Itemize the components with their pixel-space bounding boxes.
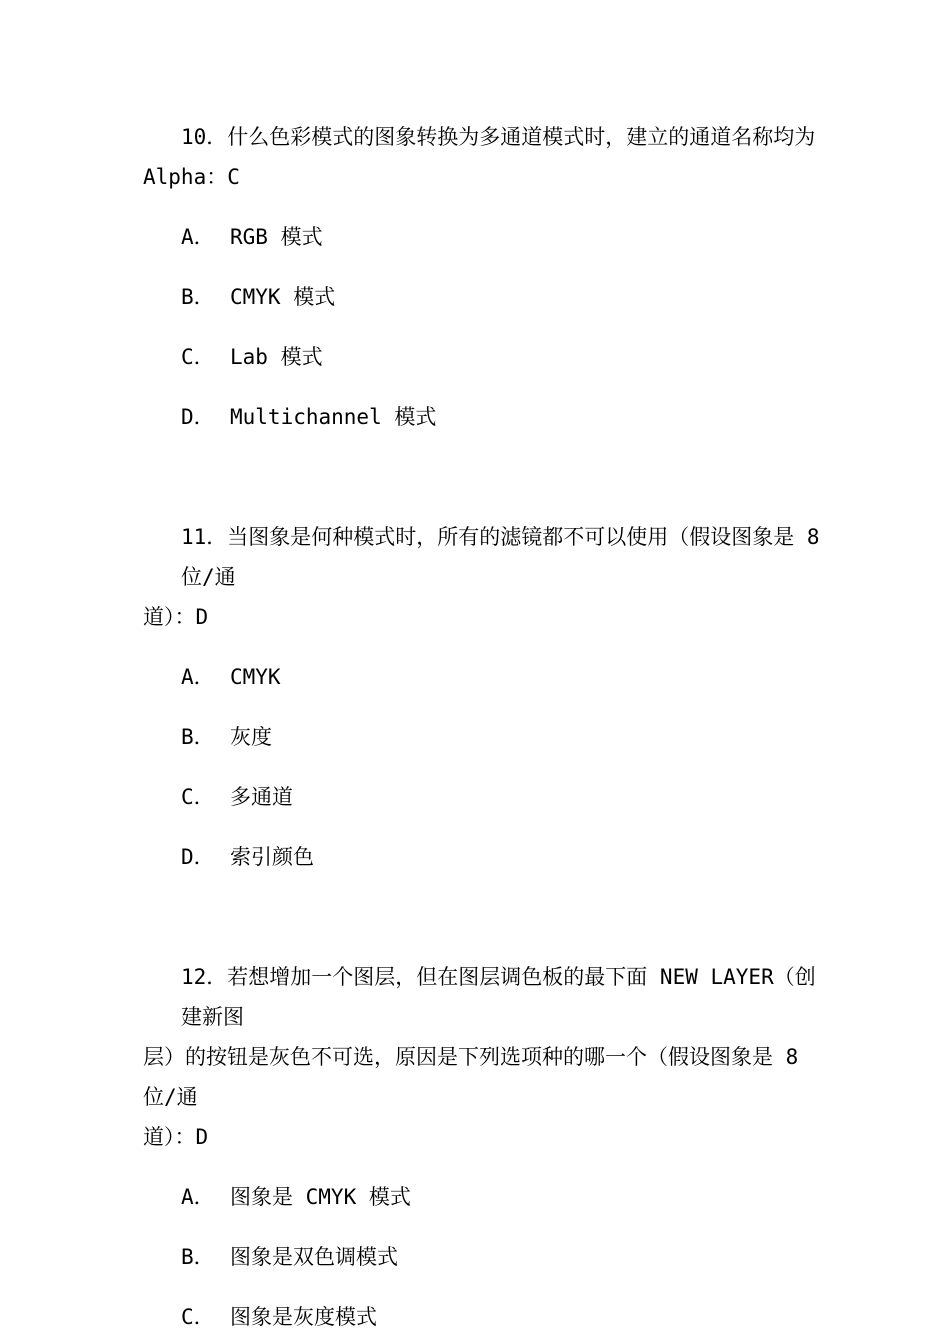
question-12-line-2: 层）的按钮是灰色不可选，原因是下列选项种的哪一个（假设图象是 8 位/通: [143, 1037, 832, 1117]
question-10: 10．什么色彩模式的图象转换为多通道模式时，建立的通道名称均为 Alpha：C …: [143, 117, 832, 437]
option-text: 图象是灰度模式: [230, 1305, 377, 1329]
question-10-option-d: D．Multichannel 模式: [143, 397, 832, 437]
option-text: CMYK: [230, 665, 281, 689]
question-12: 12．若想增加一个图层，但在图层调色板的最下面 NEW LAYER（创建新图 层…: [143, 957, 832, 1337]
option-text: 图象是双色调模式: [230, 1245, 398, 1269]
question-11-option-a: A．CMYK: [143, 657, 832, 697]
document-page: 10．什么色彩模式的图象转换为多通道模式时，建立的通道名称均为 Alpha：C …: [0, 0, 950, 1344]
option-letter: C．: [181, 777, 230, 817]
question-10-option-a: A．RGB 模式: [143, 217, 832, 257]
question-12-line-1: 12．若想增加一个图层，但在图层调色板的最下面 NEW LAYER（创建新图: [143, 957, 832, 1037]
question-11-option-d: D．索引颜色: [143, 837, 832, 877]
option-letter: B．: [181, 1237, 230, 1277]
question-12-line-3: 道）：D: [143, 1117, 832, 1157]
option-text: 多通道: [230, 785, 293, 809]
option-letter: D．: [181, 397, 230, 437]
option-text: 灰度: [230, 725, 272, 749]
option-letter: A．: [181, 217, 230, 257]
option-text: 图象是 CMYK 模式: [230, 1185, 411, 1209]
question-10-option-c: C．Lab 模式: [143, 337, 832, 377]
option-letter: C．: [181, 337, 230, 377]
question-10-option-b: B．CMYK 模式: [143, 277, 832, 317]
question-11-option-c: C．多通道: [143, 777, 832, 817]
question-11: 11．当图象是何种模式时，所有的滤镜都不可以使用（假设图象是 8 位/通 道）：…: [143, 517, 832, 877]
question-12-option-c: C．图象是灰度模式: [143, 1297, 832, 1337]
question-11-line-1: 11．当图象是何种模式时，所有的滤镜都不可以使用（假设图象是 8 位/通: [143, 517, 832, 597]
option-letter: B．: [181, 717, 230, 757]
question-10-line-1: 10．什么色彩模式的图象转换为多通道模式时，建立的通道名称均为: [143, 117, 832, 157]
option-text: 索引颜色: [230, 845, 314, 869]
question-12-option-a: A．图象是 CMYK 模式: [143, 1177, 832, 1217]
option-letter: A．: [181, 657, 230, 697]
question-12-option-b: B．图象是双色调模式: [143, 1237, 832, 1277]
question-11-option-b: B．灰度: [143, 717, 832, 757]
option-text: CMYK 模式: [230, 285, 335, 309]
option-text: Multichannel 模式: [230, 405, 436, 429]
question-11-line-2: 道）：D: [143, 597, 832, 637]
option-letter: A．: [181, 1177, 230, 1217]
option-letter: B．: [181, 277, 230, 317]
question-10-line-2: Alpha：C: [143, 157, 832, 197]
option-text: RGB 模式: [230, 225, 323, 249]
option-text: Lab 模式: [230, 345, 323, 369]
option-letter: D．: [181, 837, 230, 877]
option-letter: C．: [181, 1297, 230, 1337]
